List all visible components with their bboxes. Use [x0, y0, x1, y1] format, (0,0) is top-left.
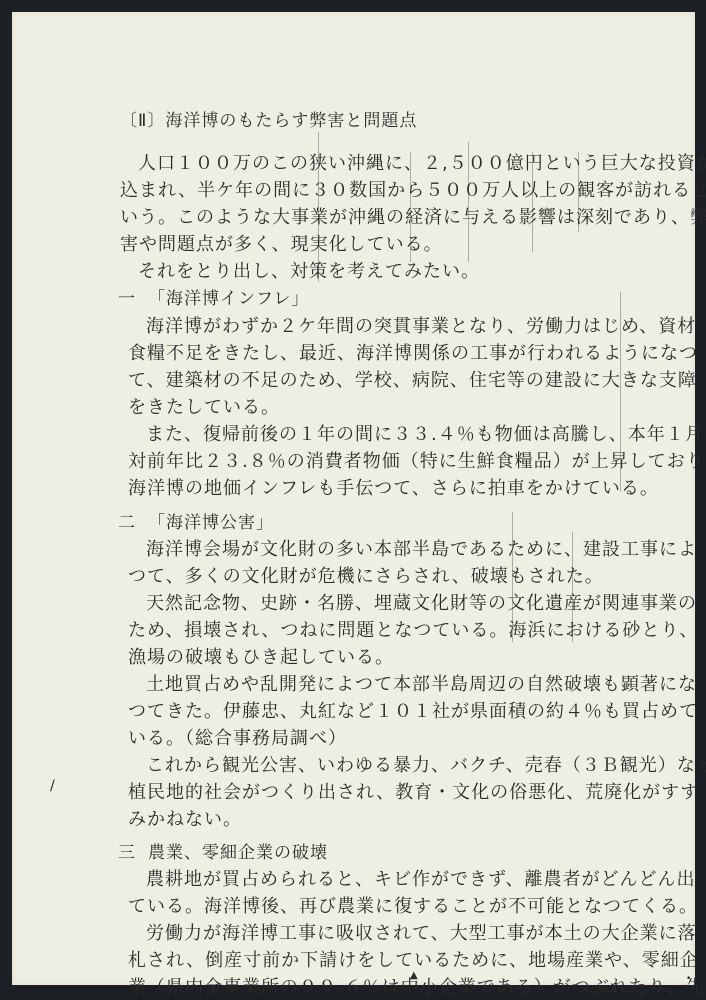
section-3-line-4: 札され、倒産寸前か下請けをしているために、地場産業や、零細企: [128, 950, 699, 972]
margin-pen-mark: /: [50, 778, 55, 794]
section-2-line-3: 天然記念物、史跡・名勝、埋蔵文化財等の文化遺産が関連事業の: [146, 593, 697, 615]
section-1-number: 一: [118, 288, 136, 310]
document-title: 〔Ⅱ〕海洋博のもたらす弊害と問題点: [120, 110, 417, 132]
copy-streak: [318, 132, 319, 282]
bottom-ink-mark: ▲: [410, 970, 418, 981]
section-3-number: 三: [118, 842, 136, 864]
scanned-page: 〔Ⅱ〕海洋博のもたらす弊害と問題点 人口１００万のこの狭い沖縄に、２,５００億円…: [12, 12, 695, 985]
section-2-line-9: これから観光公害、いわゆる暴力、バクチ、売春（３Ｂ観光）など: [146, 755, 706, 777]
copy-streak: [572, 532, 573, 642]
intro-line-1: 人口１００万のこの狭い沖縄に、２,５００億円という巨大な投資が見: [138, 153, 706, 175]
document-body: 〔Ⅱ〕海洋博のもたらす弊害と問題点 人口１００万のこの狭い沖縄に、２,５００億円…: [12, 12, 695, 985]
corner-ink-dot: •: [686, 974, 691, 984]
section-1-line-5: また、復帰前後の１年の間に３３.４％も物価は高騰し、本年１月に: [146, 424, 706, 446]
intro-line-4: 害や問題点が多く、現実化している。: [120, 234, 443, 256]
section-2-line-10: 植民地的社会がつくり出され、教育・文化の俗悪化、荒廃化がすす: [128, 782, 699, 804]
section-1-line-3: て、建築材の不足のため、学校、病院、住宅等の建設に大きな支障: [128, 370, 697, 392]
section-2-line-5: 漁場の破壊もひき起している。: [128, 647, 394, 669]
section-2-line-8: いる。（総合事務局調べ）: [128, 728, 347, 750]
section-1-line-4: をきたしている。: [128, 397, 280, 419]
section-3-line-3: 労働力が海洋博工事に吸収されて、大型工事が本土の大企業に落: [146, 923, 697, 945]
section-2-heading: 「海洋博公害」: [148, 512, 274, 534]
copy-streak: [512, 512, 513, 642]
intro-line-5: それをとり出し、対策を考えてみたい。: [138, 261, 480, 283]
section-1-line-7: 海洋博の地価インフレも手伝つて、さらに拍車をかけている。: [128, 478, 659, 500]
intro-line-2: 込まれ、半ケ年の間に３０数国から５００万人以上の観客が訪れると: [120, 180, 706, 202]
copy-streak: [410, 152, 411, 262]
section-2-line-6: 土地買占めや乱開発によつて本部半島周辺の自然破壊も顕著にな: [146, 674, 697, 696]
copy-streak: [578, 152, 579, 232]
copy-streak: [468, 142, 469, 262]
section-2-line-2: つて、多くの文化財が危機にさらされ、破壊もされた。: [128, 566, 604, 588]
section-2-line-1: 海洋博会場が文化財の多い本部半島であるために、建設工事によ: [146, 539, 697, 561]
section-3-line-1: 農耕地が買占められると、キビ作ができず、離農者がどんどん出: [146, 869, 696, 891]
section-2-line-11: みかねない。: [128, 809, 242, 831]
section-2-line-4: ため、損壊され、つねに問題となつている。海浜における砂とり、: [128, 620, 698, 642]
intro-line-3: いう。このような大事業が沖縄の経済に与える影響は深刻であり、弊: [120, 207, 706, 229]
section-3-line-2: ている。海洋博後、再び農業に復することが不可能となつてくる。: [128, 896, 698, 918]
section-3-heading: 農業、零細企業の破壊: [148, 842, 328, 864]
section-1-line-2: 食糧不足をきたし、最近、海洋博関係の工事が行われるようになつ: [128, 343, 698, 365]
copy-streak: [532, 152, 533, 252]
section-1-heading: 「海洋博インフレ」: [148, 288, 309, 310]
section-1-line-1: 海洋博がわずか２ケ年間の突貫事業となり、労働力はじめ、資材: [146, 316, 696, 338]
copy-streak: [620, 292, 621, 492]
section-2-number: 二: [118, 512, 136, 534]
section-2-line-7: つてきた。伊藤忠、丸紅など１０１社が県面積の約４％も買占めて: [128, 701, 698, 723]
